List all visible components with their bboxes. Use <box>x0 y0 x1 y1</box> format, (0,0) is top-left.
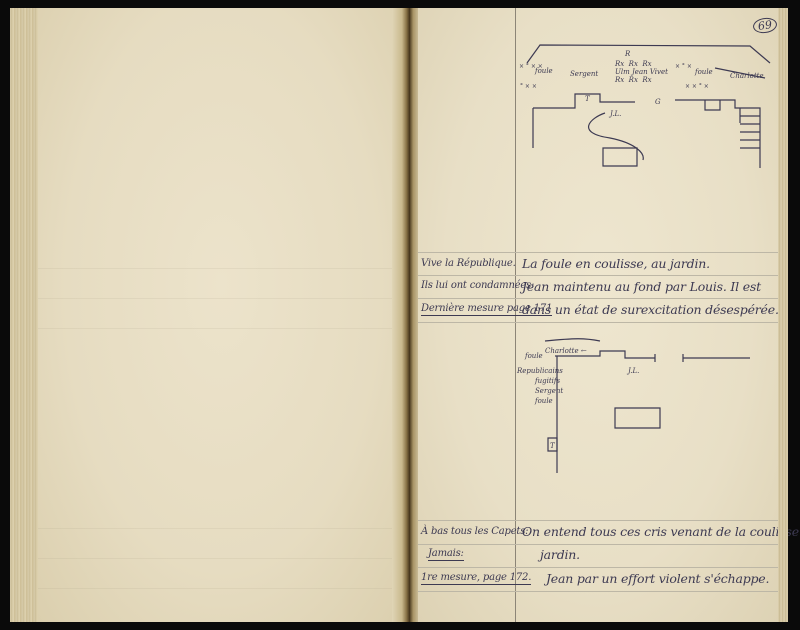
book-gutter-left <box>392 8 410 622</box>
text-line: jardin. <box>540 547 580 562</box>
svg-text:G: G <box>655 98 661 106</box>
margin-note-6: 1re mesure, page 172. <box>421 572 531 585</box>
svg-text:foule: foule <box>694 68 713 76</box>
page-number: 69 <box>752 16 778 34</box>
text-line: dans un état de surexcitation désespérée… <box>522 302 779 317</box>
svg-text:× ° × ×: × ° × × <box>519 63 543 70</box>
margin-note-1: Vive la République. <box>421 258 516 269</box>
svg-text:T: T <box>550 442 556 450</box>
svg-text:fugitifs: fugitifs <box>534 377 560 385</box>
svg-text:J.L.: J.L. <box>608 110 621 118</box>
margin-note-2: Ils lui ont condamnées: <box>421 280 534 291</box>
svg-text:Charlotte ←: Charlotte ← <box>545 347 587 355</box>
svg-text:Rx Rx Rx: Rx Rx Rx <box>614 76 652 84</box>
right-page: 69 R Rx Rx Rx Ulm Jean Vivet Rx Rx Rx fo… <box>418 8 780 622</box>
stage-diagram-2: foule Charlotte ← Republicains fugitifs … <box>515 333 780 483</box>
right-page-edges <box>778 8 788 622</box>
svg-text:foule: foule <box>524 352 543 360</box>
svg-text:Ulm Jean Vivet: Ulm Jean Vivet <box>615 68 668 76</box>
svg-text:Charlotte: Charlotte <box>730 72 764 80</box>
stage-diagram-1: R Rx Rx Rx Ulm Jean Vivet Rx Rx Rx foule… <box>515 38 780 168</box>
left-page-blank <box>38 8 406 622</box>
svg-text:R: R <box>624 50 631 58</box>
svg-text:Sergent: Sergent <box>535 387 563 395</box>
text-line: La foule en coulisse, au jardin. <box>522 256 710 271</box>
svg-text:× × ° ×: × × ° × <box>685 83 709 90</box>
svg-text:foule: foule <box>534 397 553 405</box>
margin-note-4: À bas tous les Capets: <box>421 526 528 537</box>
notebook-spread: 69 R Rx Rx Rx Ulm Jean Vivet Rx Rx Rx fo… <box>0 0 800 630</box>
svg-text:Rx Rx Rx: Rx Rx Rx <box>614 60 652 68</box>
text-line: Jean par un effort violent s'échappe. <box>546 571 769 586</box>
svg-text:T: T <box>585 95 591 103</box>
text-line: Jean maintenu au fond par Louis. Il est <box>522 279 761 294</box>
left-page-edges <box>10 8 40 622</box>
margin-note-5: Jamais: <box>428 548 464 561</box>
svg-text:Republicains: Republicains <box>516 367 563 375</box>
svg-text:° × ×: ° × × <box>520 83 537 90</box>
text-line: On entend tous ces cris venant de la cou… <box>522 524 799 539</box>
svg-text:J.L.: J.L. <box>626 367 639 375</box>
svg-text:× ° ×: × ° × <box>675 63 692 70</box>
svg-text:Sergent: Sergent <box>570 70 598 78</box>
